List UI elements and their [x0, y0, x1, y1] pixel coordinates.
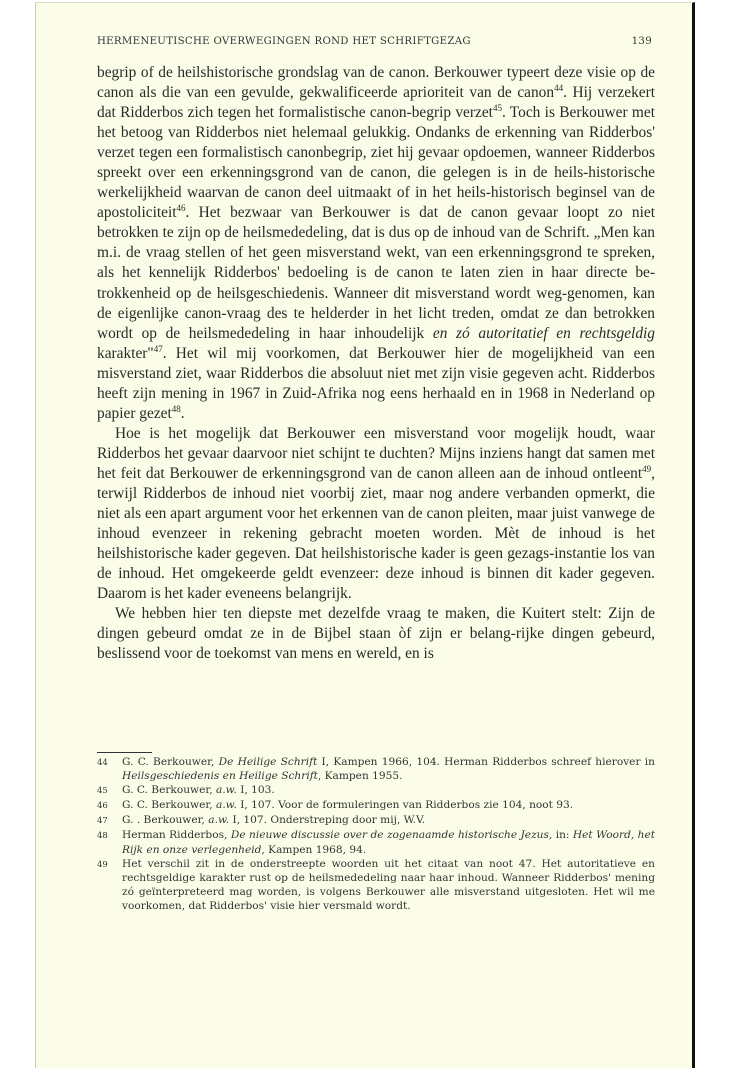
- footnote-47: 47 G. . Berkouwer, a.w. I, 107. Onderstr…: [97, 813, 655, 828]
- footnote-46: 46 G. C. Berkouwer, a.w. I, 107. Voor de…: [97, 798, 655, 813]
- running-title: HERMENEUTISCHE OVERWEGINGEN ROND HET SCH…: [97, 36, 471, 47]
- footnote-ref-47[interactable]: 47: [154, 344, 163, 354]
- footnote-ref-45[interactable]: 45: [493, 103, 502, 113]
- footnote-44: 44 G. C. Berkouwer, De Heilige Schrift I…: [97, 755, 655, 783]
- footnote-ref-48[interactable]: 48: [172, 404, 181, 414]
- paragraph-1: begrip of de heilshistorische grondslag …: [97, 63, 655, 424]
- emphasis: en zó autoritatief en rechtsgeldig: [433, 325, 655, 342]
- book-page: HERMENEUTISCHE OVERWEGINGEN ROND HET SCH…: [35, 2, 695, 1068]
- page-number: 139: [632, 36, 652, 47]
- footnote-ref-49[interactable]: 49: [642, 464, 651, 474]
- footnote-48: 48 Herman Ridderbos, De nieuwe discussie…: [97, 828, 655, 856]
- body-text: begrip of de heilshistorische grondslag …: [97, 63, 655, 664]
- footnote-ref-44[interactable]: 44: [554, 83, 563, 93]
- footnote-45: 45 G. C. Berkouwer, a.w. I, 103.: [97, 783, 655, 798]
- running-head: HERMENEUTISCHE OVERWEGINGEN ROND HET SCH…: [97, 36, 652, 47]
- footnote-49: 49 Het verschil zit in de onderstreepte …: [97, 857, 655, 913]
- paragraph-3: We hebben hier ten diepste met dezelfde …: [97, 604, 655, 664]
- footnote-ref-46[interactable]: 46: [177, 203, 186, 213]
- footnote-separator: [97, 752, 152, 753]
- footnotes: 44 G. C. Berkouwer, De Heilige Schrift I…: [97, 755, 655, 913]
- paragraph-2: Hoe is het mogelijk dat Berkouwer een mi…: [97, 424, 655, 604]
